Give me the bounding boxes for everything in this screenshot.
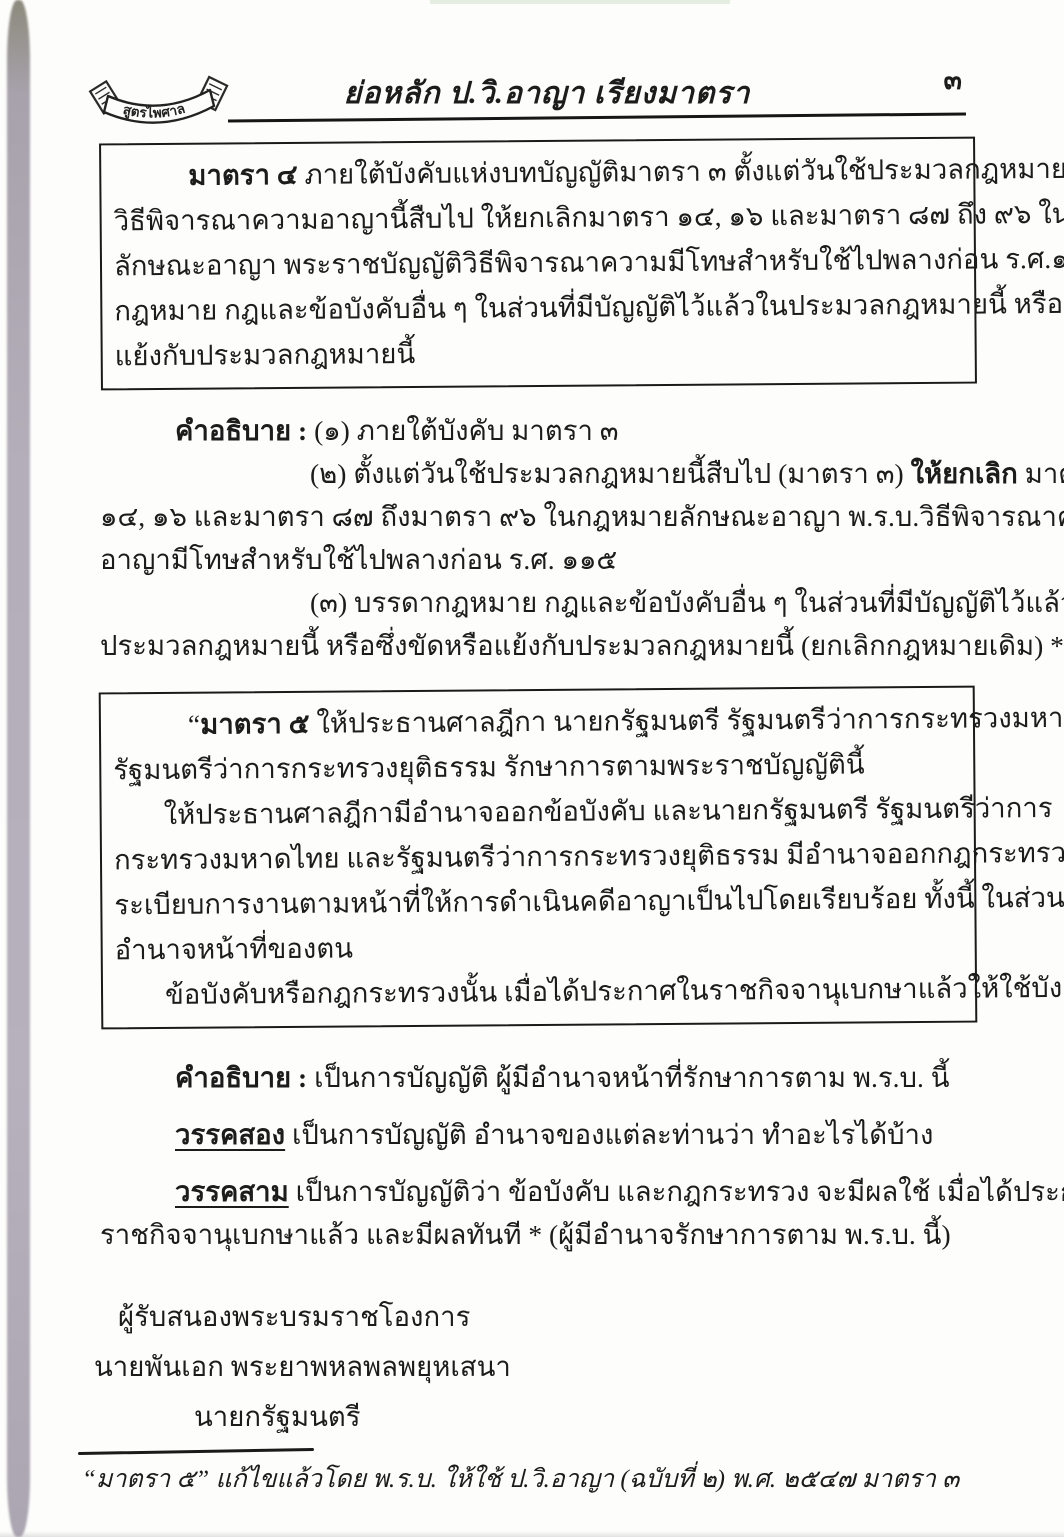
text-segment: อำนาจหน้าที่ของตน: [115, 932, 353, 965]
page-binding-shadow: [7, 0, 30, 1537]
statute-5-line: รัฐมนตรีว่าการกระทรวงยุติธรรม รักษาการตา…: [113, 741, 959, 793]
explanation-line: วรรคสาม เป็นการบัญญัติว่า ข้อบังคับ และก…: [100, 1170, 976, 1213]
text-segment: ระเบียบการงานตามหน้าที่ให้การดำเนินคดีอา…: [114, 881, 1064, 921]
text-segment: เป็นการบัญญัติ อำนาจของแต่ละท่านว่า ทำอะ…: [285, 1119, 933, 1150]
text-segment: รัฐมนตรีว่าการกระทรวงยุติธรรม รักษาการตา…: [113, 748, 865, 785]
text-segment: อาญามีโทษสำหรับใช้ไปพลางก่อน ร.ศ. ๑๑๕: [100, 544, 617, 575]
explanation-line: คำอธิบาย : เป็นการบัญญัติ ผู้มีอำนาจหน้า…: [100, 1056, 976, 1099]
countersigner-title: นายกรัฐมนตรี: [100, 1392, 976, 1442]
page-number: ๓: [944, 58, 962, 101]
text-segment: ให้ประธานศาลฎีกา นายกรัฐมนตรี รัฐมนตรีว่…: [309, 701, 1064, 739]
text-segment: คำอธิบาย :: [175, 415, 307, 446]
text-segment: ๑๔, ๑๖ และมาตรา ๘๗ ถึงมาตรา ๙๖ ในกฎหมายล…: [100, 501, 1064, 532]
statute-4-line: วิธีพิจารณาความอาญานี้สืบไป ให้ยกเลิกมาต…: [113, 192, 959, 244]
text-segment: ข้อบังคับหรือกฎกระทรวงนั้น เมื่อได้ประกา…: [165, 971, 1064, 1010]
explanation-5: คำอธิบาย : เป็นการบัญญัติ ผู้มีอำนาจหน้า…: [100, 1056, 976, 1256]
explanation-4: คำอธิบาย : (๑) ภายใต้บังคับ มาตรา ๓ (๒) …: [100, 409, 976, 667]
text-segment: ราชกิจจานุเบกษาแล้ว และมีผลทันที * (ผู้ม…: [100, 1219, 951, 1250]
statute-4-line: กฎหมาย กฎและข้อบังคับอื่น ๆ ในส่วนที่มีบ…: [114, 282, 960, 334]
text-segment: คำอธิบาย :: [175, 1062, 307, 1093]
page-content: มาตรา ๔ ภายใต้บังคับแห่งบทบัญญัติมาตรา ๓…: [100, 140, 976, 1497]
explanation-line: อาญามีโทษสำหรับใช้ไปพลางก่อน ร.ศ. ๑๑๕: [100, 538, 976, 581]
text-segment: “: [188, 709, 200, 740]
explanation-line: คำอธิบาย : (๑) ภายใต้บังคับ มาตรา ๓: [100, 409, 976, 452]
page-title: ย่อหลัก ป.วิ.อาญา เรียงมาตรา: [120, 70, 974, 117]
statute-5-box: “มาตรา ๕ ให้ประธานศาลฎีกา นายกรัฐมนตรี ร…: [99, 686, 978, 1030]
text-segment: ประมวลกฎหมายนี้ หรือซึ่งขัดหรือแย้งกับปร…: [100, 630, 1064, 661]
countersignature-caption: ผู้รับสนองพระบรมราชโองการ: [100, 1292, 976, 1342]
footnote-text: “มาตรา ๕” แก้ไขแล้วโดย พ.ร.บ. ให้ใช้ ป.ว…: [82, 1463, 976, 1497]
statute-4-line: แย้งกับประมวลกฎหมายนี้: [115, 327, 961, 379]
text-segment: ลักษณะอาญา พระราชบัญญัติวิธีพิจารณาความม…: [114, 241, 1064, 281]
explanation-line: ราชกิจจานุเบกษาแล้ว และมีผลทันที * (ผู้ม…: [100, 1213, 976, 1256]
text-segment: วรรคสอง: [175, 1119, 285, 1150]
text-segment: ให้ประธานศาลฎีกามีอำนาจออกข้อบังคับ และน…: [164, 792, 1053, 830]
text-segment: วิธีพิจารณาความอาญานี้สืบไป ให้ยกเลิกมาต…: [114, 197, 1064, 236]
statute-5-line: “มาตรา ๕ ให้ประธานศาลฎีกา นายกรัฐมนตรี ร…: [113, 696, 959, 748]
scanned-book-page: { "page": { "number": "๓" }, "header": {…: [0, 0, 1064, 1537]
text-segment: มาตรา ๕: [200, 708, 310, 740]
text-segment: วรรคสาม: [175, 1176, 289, 1207]
countersigner-name: นายพันเอก พระยาพหลพลพยุหเสนา: [94, 1342, 976, 1392]
text-segment: (๓) บรรดากฎหมาย กฎและข้อบังคับอื่น ๆ ในส…: [310, 587, 1064, 618]
text-segment: มาตรา: [1018, 458, 1064, 489]
scan-edge-tint: [430, 0, 730, 4]
explanation-line: วรรคสอง เป็นการบัญญัติ อำนาจของแต่ละท่าน…: [100, 1113, 976, 1156]
text-segment: เป็นการบัญญัติ ผู้มีอำนาจหน้าที่รักษาการ…: [307, 1062, 949, 1093]
footnote-divider: [78, 1448, 314, 1455]
text-segment: เป็นการบัญญัติว่า ข้อบังคับ และกฎกระทรวง…: [289, 1176, 1064, 1207]
footnote: “มาตรา ๕” แก้ไขแล้วโดย พ.ร.บ. ให้ใช้ ป.ว…: [100, 1450, 976, 1497]
statute-5-line: อำนาจหน้าที่ของตน: [115, 921, 961, 973]
explanation-line: (๓) บรรดากฎหมาย กฎและข้อบังคับอื่น ๆ ในส…: [100, 581, 976, 624]
statute-4-box: มาตรา ๔ ภายใต้บังคับแห่งบทบัญญัติมาตรา ๓…: [99, 137, 977, 391]
text-segment: (๒) ตั้งแต่วันใช้ประมวลกฎหมายนี้สืบไป (ม…: [310, 458, 911, 489]
text-segment: แย้งกับประมวลกฎหมายนี้: [115, 338, 416, 371]
statute-5-line: ข้อบังคับหรือกฎกระทรวงนั้น เมื่อได้ประกา…: [115, 966, 961, 1018]
scan-bottom-shadow: [0, 1531, 1064, 1537]
statute-4-line: ลักษณะอาญา พระราชบัญญัติวิธีพิจารณาความม…: [114, 237, 960, 289]
text-segment: ให้ยกเลิก: [911, 458, 1018, 489]
countersignature-block: ผู้รับสนองพระบรมราชโองการ นายพันเอก พระย…: [100, 1292, 976, 1442]
statute-5-line: กระทรวงมหาดไทย และรัฐมนตรีว่าการกระทรวงย…: [114, 831, 960, 883]
text-segment: มาตรา ๔: [188, 159, 298, 191]
text-segment: (๑) ภายใต้บังคับ มาตรา ๓: [307, 415, 618, 446]
text-segment: กฎหมาย กฎและข้อบังคับอื่น ๆ ในส่วนที่มีบ…: [114, 287, 1064, 326]
statute-5-line: ระเบียบการงานตามหน้าที่ให้การดำเนินคดีอา…: [114, 876, 960, 928]
text-segment: กระทรวงมหาดไทย และรัฐมนตรีว่าการกระทรวงย…: [114, 836, 1064, 875]
statute-5-line: ให้ประธานศาลฎีกามีอำนาจออกข้อบังคับ และน…: [113, 786, 959, 838]
explanation-line: ประมวลกฎหมายนี้ หรือซึ่งขัดหรือแย้งกับปร…: [100, 624, 976, 667]
statute-4-line: มาตรา ๔ ภายใต้บังคับแห่งบทบัญญัติมาตรา ๓…: [113, 147, 959, 199]
text-segment: ภายใต้บังคับแห่งบทบัญญัติมาตรา ๓ ตั้งแต่…: [298, 153, 1064, 190]
explanation-line: (๒) ตั้งแต่วันใช้ประมวลกฎหมายนี้สืบไป (ม…: [100, 452, 976, 495]
explanation-line: ๑๔, ๑๖ และมาตรา ๘๗ ถึงมาตรา ๙๖ ในกฎหมายล…: [100, 495, 976, 538]
